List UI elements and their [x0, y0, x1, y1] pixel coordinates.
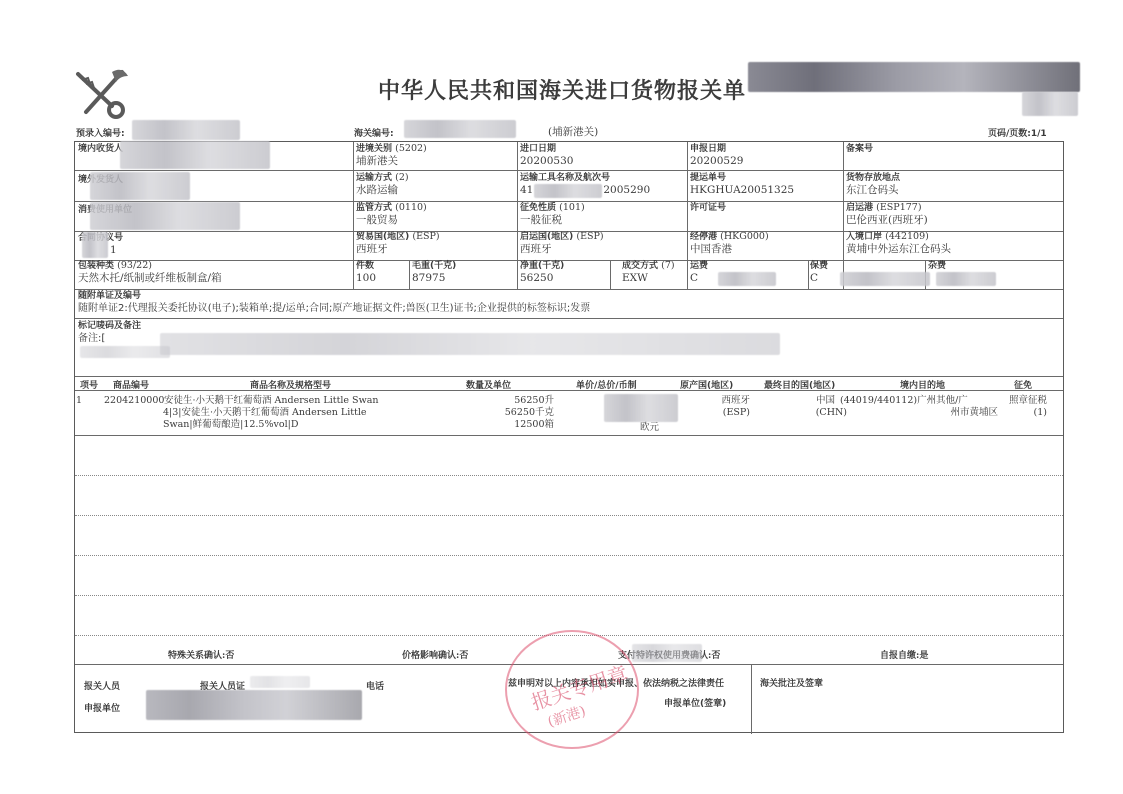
customs-office: (埔新港关) [548, 124, 598, 139]
item-domestic-dest-2: 州市黄埔区 [950, 407, 998, 419]
freight: 运费 C [690, 260, 708, 285]
special-relation-confirm: 特殊关系确认:否 [168, 648, 234, 661]
supervision-mode: 监管方式 (0110) 一般贸易 [356, 202, 427, 227]
entry-customs: 进境关别 (5202) 埔新港关 [356, 143, 427, 168]
self-report-confirm: 自报自缴:是 [880, 648, 928, 661]
misc-fees: 杂费 [928, 260, 946, 272]
redacted-pre-entry-no [132, 120, 240, 140]
redacted-vessel [534, 184, 602, 198]
marks-remarks: 标记唛码及备注 备注:[ [78, 320, 141, 345]
item-levy-1: 照章征税 [1009, 395, 1047, 407]
col-item-no: 项号 [80, 378, 98, 391]
col-domestic-dest: 境内目的地 [900, 378, 945, 391]
col-origin: 原产国(地区) [680, 378, 733, 391]
shipping-country: 启运国(地区) (ESP) 西班牙 [520, 231, 604, 256]
item-currency: 欧元 [640, 422, 659, 434]
redacted-consumer [90, 202, 240, 230]
redacted-insurance [840, 272, 930, 286]
item-name-line-1: 安徒生·小天鹅干红葡萄酒 Andersen Little Swan [164, 395, 378, 407]
col-levy: 征免 [1014, 378, 1032, 391]
item-origin-2: (ESP) [723, 407, 750, 419]
col-dest-country: 最终目的国(地区) [764, 378, 835, 391]
item-levy-2: (1) [1034, 407, 1047, 419]
departure-port: 启运港 (ESP177) 巴伦西亚(西班牙) [846, 202, 928, 227]
redacted-remarks [160, 333, 780, 355]
col-name: 商品名称及规格型号 [250, 378, 331, 391]
import-date: 进口日期 20200530 [520, 143, 573, 168]
customs-approval-label: 海关批注及签章 [760, 676, 823, 689]
attached-documents: 随附单证及编号 随附单证2:代理报关委托协议(电子);装箱单;提/运单;合同;原… [78, 290, 590, 315]
redacted-consignor [90, 172, 190, 200]
transaction-mode: 成交方式 (7) EXW [622, 260, 675, 285]
item-qty-1: 56250升 [514, 395, 554, 407]
gross-weight: 毛重(千克) 87975 [412, 260, 456, 285]
item-origin-1: 西班牙 [721, 395, 750, 407]
item-qty-3: 12500箱 [514, 419, 554, 431]
redacted-misc [936, 272, 996, 286]
col-hs-code: 商品编号 [113, 378, 149, 391]
redacted-price [604, 394, 678, 422]
redacted-freight [718, 272, 776, 286]
page-number: 页码/页数:1/1 [988, 126, 1047, 139]
redacted-remarks-2 [80, 346, 170, 358]
phone-label: 电话 [366, 679, 384, 692]
trade-country: 贸易国(地区) (ESP) 西班牙 [356, 231, 440, 256]
redacted-declaring-unit [146, 690, 362, 720]
entry-port: 入境口岸 (442109) 黄埔中外运东江仓码头 [846, 231, 951, 256]
levy-nature: 征免性质 (101) 一般征税 [520, 202, 585, 227]
redacted-contract [82, 232, 108, 258]
declarant-label: 报关人员 [84, 679, 120, 692]
item-hs-code: 2204210000 [104, 395, 164, 407]
customs-no-label: 海关编号: [354, 126, 394, 139]
pre-entry-no-label: 预录入编号: [76, 126, 125, 139]
item-no: 1 [76, 395, 82, 407]
item-dest-country-1: 中国 [816, 395, 835, 407]
license-no: 许可证号 [690, 202, 726, 214]
unit-seal-label: 申报单位(签章) [664, 696, 726, 709]
redacted-barcode-tail [1022, 92, 1078, 116]
bill-of-lading: 提运单号 HKGHUA20051325 [690, 172, 794, 197]
col-price: 单价/总价/币制 [576, 378, 637, 391]
item-domestic-dest-1: (44019/440112)广州其他/广 [840, 395, 968, 407]
item-qty-2: 56250千克 [505, 407, 554, 419]
item-name-line-2: 4|3|安徒生·小天鹅干红葡萄酒 Andersen Little [163, 407, 367, 419]
net-weight: 净重(千克) 56250 [520, 260, 564, 285]
redacted-cert-no [250, 676, 310, 688]
redacted-royalty [632, 644, 702, 662]
item-dest-country-2: (CHN) [816, 407, 847, 419]
item-name-line-3: Swan|鲜葡萄酿造|12.5%vol|D [163, 419, 298, 431]
transport-mode: 运输方式 (2) 水路运输 [356, 172, 409, 197]
package-count: 件数 100 [356, 260, 376, 285]
storage-location: 货物存放地点 东江仓码头 [846, 172, 900, 197]
declare-date: 申报日期 20200529 [690, 143, 743, 168]
customs-seal-stamp: 报关专用章 (新港) [505, 630, 639, 749]
col-quantity: 数量及单位 [466, 378, 511, 391]
declaring-unit-label: 申报单位 [84, 701, 120, 714]
redacted-customs-no [404, 120, 516, 138]
transit-port: 经停港 (HKG000) 中国香港 [690, 231, 769, 256]
record-no: 备案号 [846, 143, 873, 155]
domestic-consignee: 境内收货人 [78, 143, 123, 155]
insurance: 保费 C [810, 260, 828, 285]
customs-emblem-icon [72, 66, 132, 120]
package-type: 包装种类 (93/22) 天然木托/纸制或纤维板制盒/箱 [78, 260, 222, 285]
redacted-barcode [748, 62, 1080, 92]
page-title: 中华人民共和国海关进口货物报关单 [378, 74, 746, 105]
redacted-consignee [120, 141, 270, 169]
price-influence-confirm: 价格影响确认:否 [402, 648, 468, 661]
